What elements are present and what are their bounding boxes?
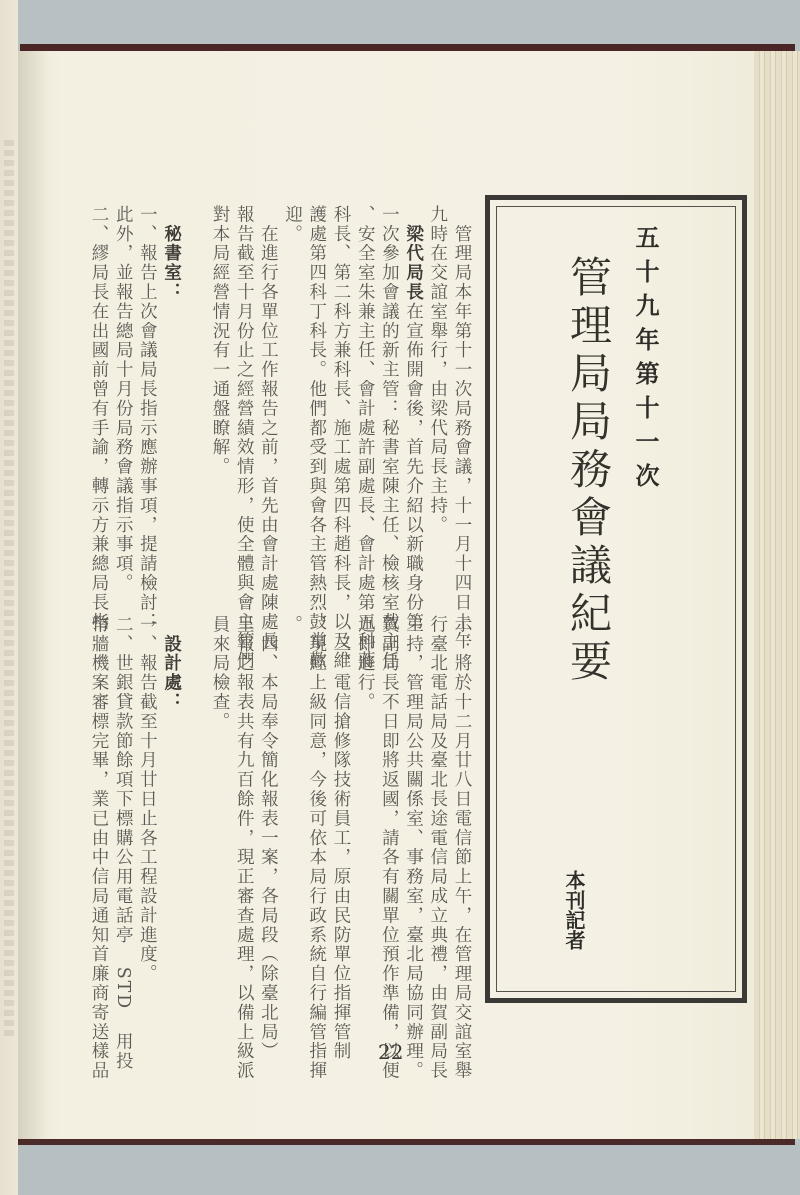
page-number: 22 (378, 1040, 403, 1064)
previous-page-edge (0, 0, 18, 1195)
article-subtitle: 五十九年第十一次 (628, 225, 663, 497)
article-title: 管理局局務會議紀要 (558, 255, 618, 687)
text-column: 幣牆機案審標完畢，業已由中信局通知首廉商寄送樣品 (84, 615, 114, 1081)
text-column: 護處第四科丁科長。他們都受到與會各主管熱烈鼓掌歡 (302, 205, 332, 671)
spine-shadow (18, 51, 48, 1139)
text-column: 對本局經營情況有一通盤瞭解。 (205, 205, 235, 477)
section-heading: 秘書室： (162, 205, 182, 302)
text-column: 二、繆局長在出國前曾有手諭，轉示方兼總局長指 (84, 205, 114, 632)
background-bottom (0, 1142, 800, 1195)
article-byline: 本刊記者 (560, 870, 589, 950)
bleed-through-text (4, 140, 14, 1040)
column-text: 在宣佈開會後，首先介紹以新職身份第 (404, 302, 424, 632)
page-stack-edges (754, 51, 800, 1139)
section-heading: 設計處： (162, 615, 182, 712)
text-column: ，現經上級同意，今後可依本局行政系統自行編管指揮 (302, 615, 332, 1081)
emphasized-name: 梁代局長 (404, 205, 424, 302)
text-column: 員來局檢查。 (205, 615, 235, 731)
latin-text: STD (113, 967, 133, 1010)
